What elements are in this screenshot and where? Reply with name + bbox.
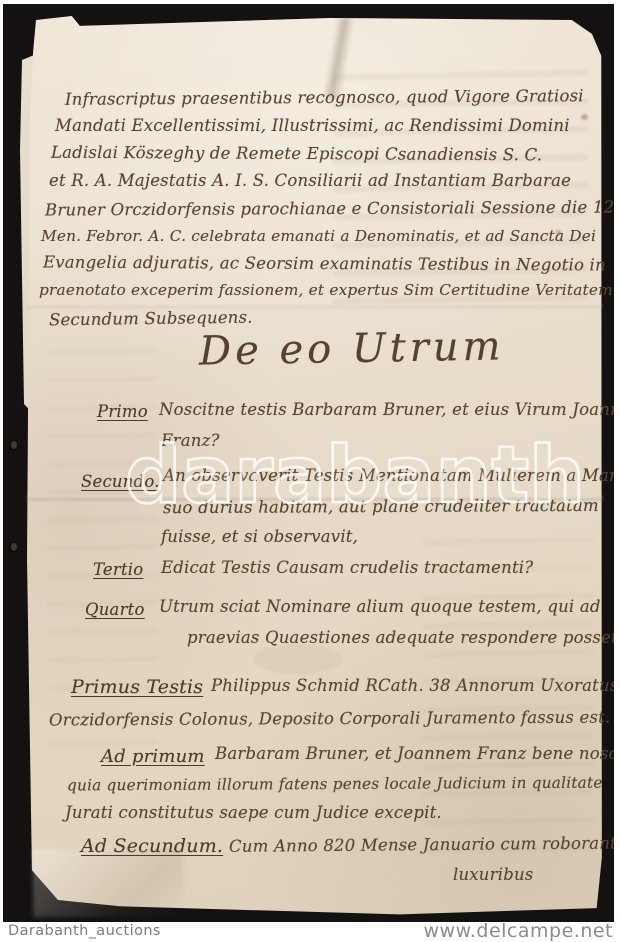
manuscript-line: praenotato exceperim fassionem, et exper… [39,281,613,299]
manuscript-line: praevias Quaestiones adequate respondere… [187,628,614,647]
manuscript-line: Barbaram Bruner, et Joannem Franz bene n… [215,744,614,763]
footer-auction-name: Darabanth_auctions [8,923,161,939]
paper-stain [253,644,343,674]
manuscript-line: Cum Anno 820 Mense Januario cum roborant… [229,833,614,856]
manuscript-line: Infrascriptus praesentibus recognosco, q… [65,86,584,109]
witness-label: Primus Testis [71,676,203,698]
manuscript-line: Utrum sciat Nominare alium quoque testem… [159,597,601,616]
manuscript-line: Men. Febror. A. C. celebrata emanati a D… [41,227,596,245]
question-label-quarto: Quarto [85,600,145,619]
footer-site-url: www.delcampe.net [423,920,613,942]
manuscript-line: Mandati Excellentissimi, Illustrissimi, … [55,116,570,135]
manuscript-line: suo durius habitam, aut plane crudeliter… [163,496,599,517]
manuscript-line: Secundum Subsequens. [49,308,253,330]
photo-area: Infrascriptus praesentibus recognosco, q… [3,4,614,922]
manuscript-line: Ladislai Köszeghy de Remete Episcopi Csa… [51,143,542,165]
question-label-primo: Primo [97,402,148,421]
manuscript-line: quia querimoniam illorum fatens penes lo… [67,774,603,795]
manuscript-line: et R. A. Majestatis A. I. S. Consiliarii… [49,171,571,190]
mount-rivet [11,543,17,551]
manuscript-line: Evangelia adjuratis, ac Seorsim examinat… [43,253,606,275]
manuscript-line: Philippus Schmid RCath. 38 Annorum Uxora… [211,676,614,695]
section-heading: De eo Utrum [199,323,505,374]
question-label-secundo: Secundo. [81,472,160,491]
question-label-tertio: Tertio [93,560,143,579]
footer-bar: Darabanth_auctions www.delcampe.net [0,922,620,942]
manuscript-line: Orczidorfensis Colonus, Deposito Corpora… [49,708,610,730]
answer-label-ad-secundum: Ad Secundum. [81,835,223,857]
corner-fold [33,849,183,917]
manuscript-line: Edicat Testis Causam crudelis tractament… [161,558,533,577]
manuscript-line: Bruner Orczidorfensis parochianae e Cons… [45,197,614,219]
manuscript-line: An observaverit Testis Mentionatam Mulie… [163,466,614,485]
manuscript-line: fuisse, et si observavit, [161,527,358,546]
manuscript-line: luxuribus [453,865,533,884]
answer-label-ad-primum: Ad primum [101,746,205,767]
mount-rivet [11,441,17,449]
manuscript-line: Jurati constitutus saepe cum Judice exce… [65,803,442,822]
manuscript-line: Noscitne testis Barbaram Bruner, et eius… [159,400,614,419]
manuscript-line: Franz? [161,431,220,450]
